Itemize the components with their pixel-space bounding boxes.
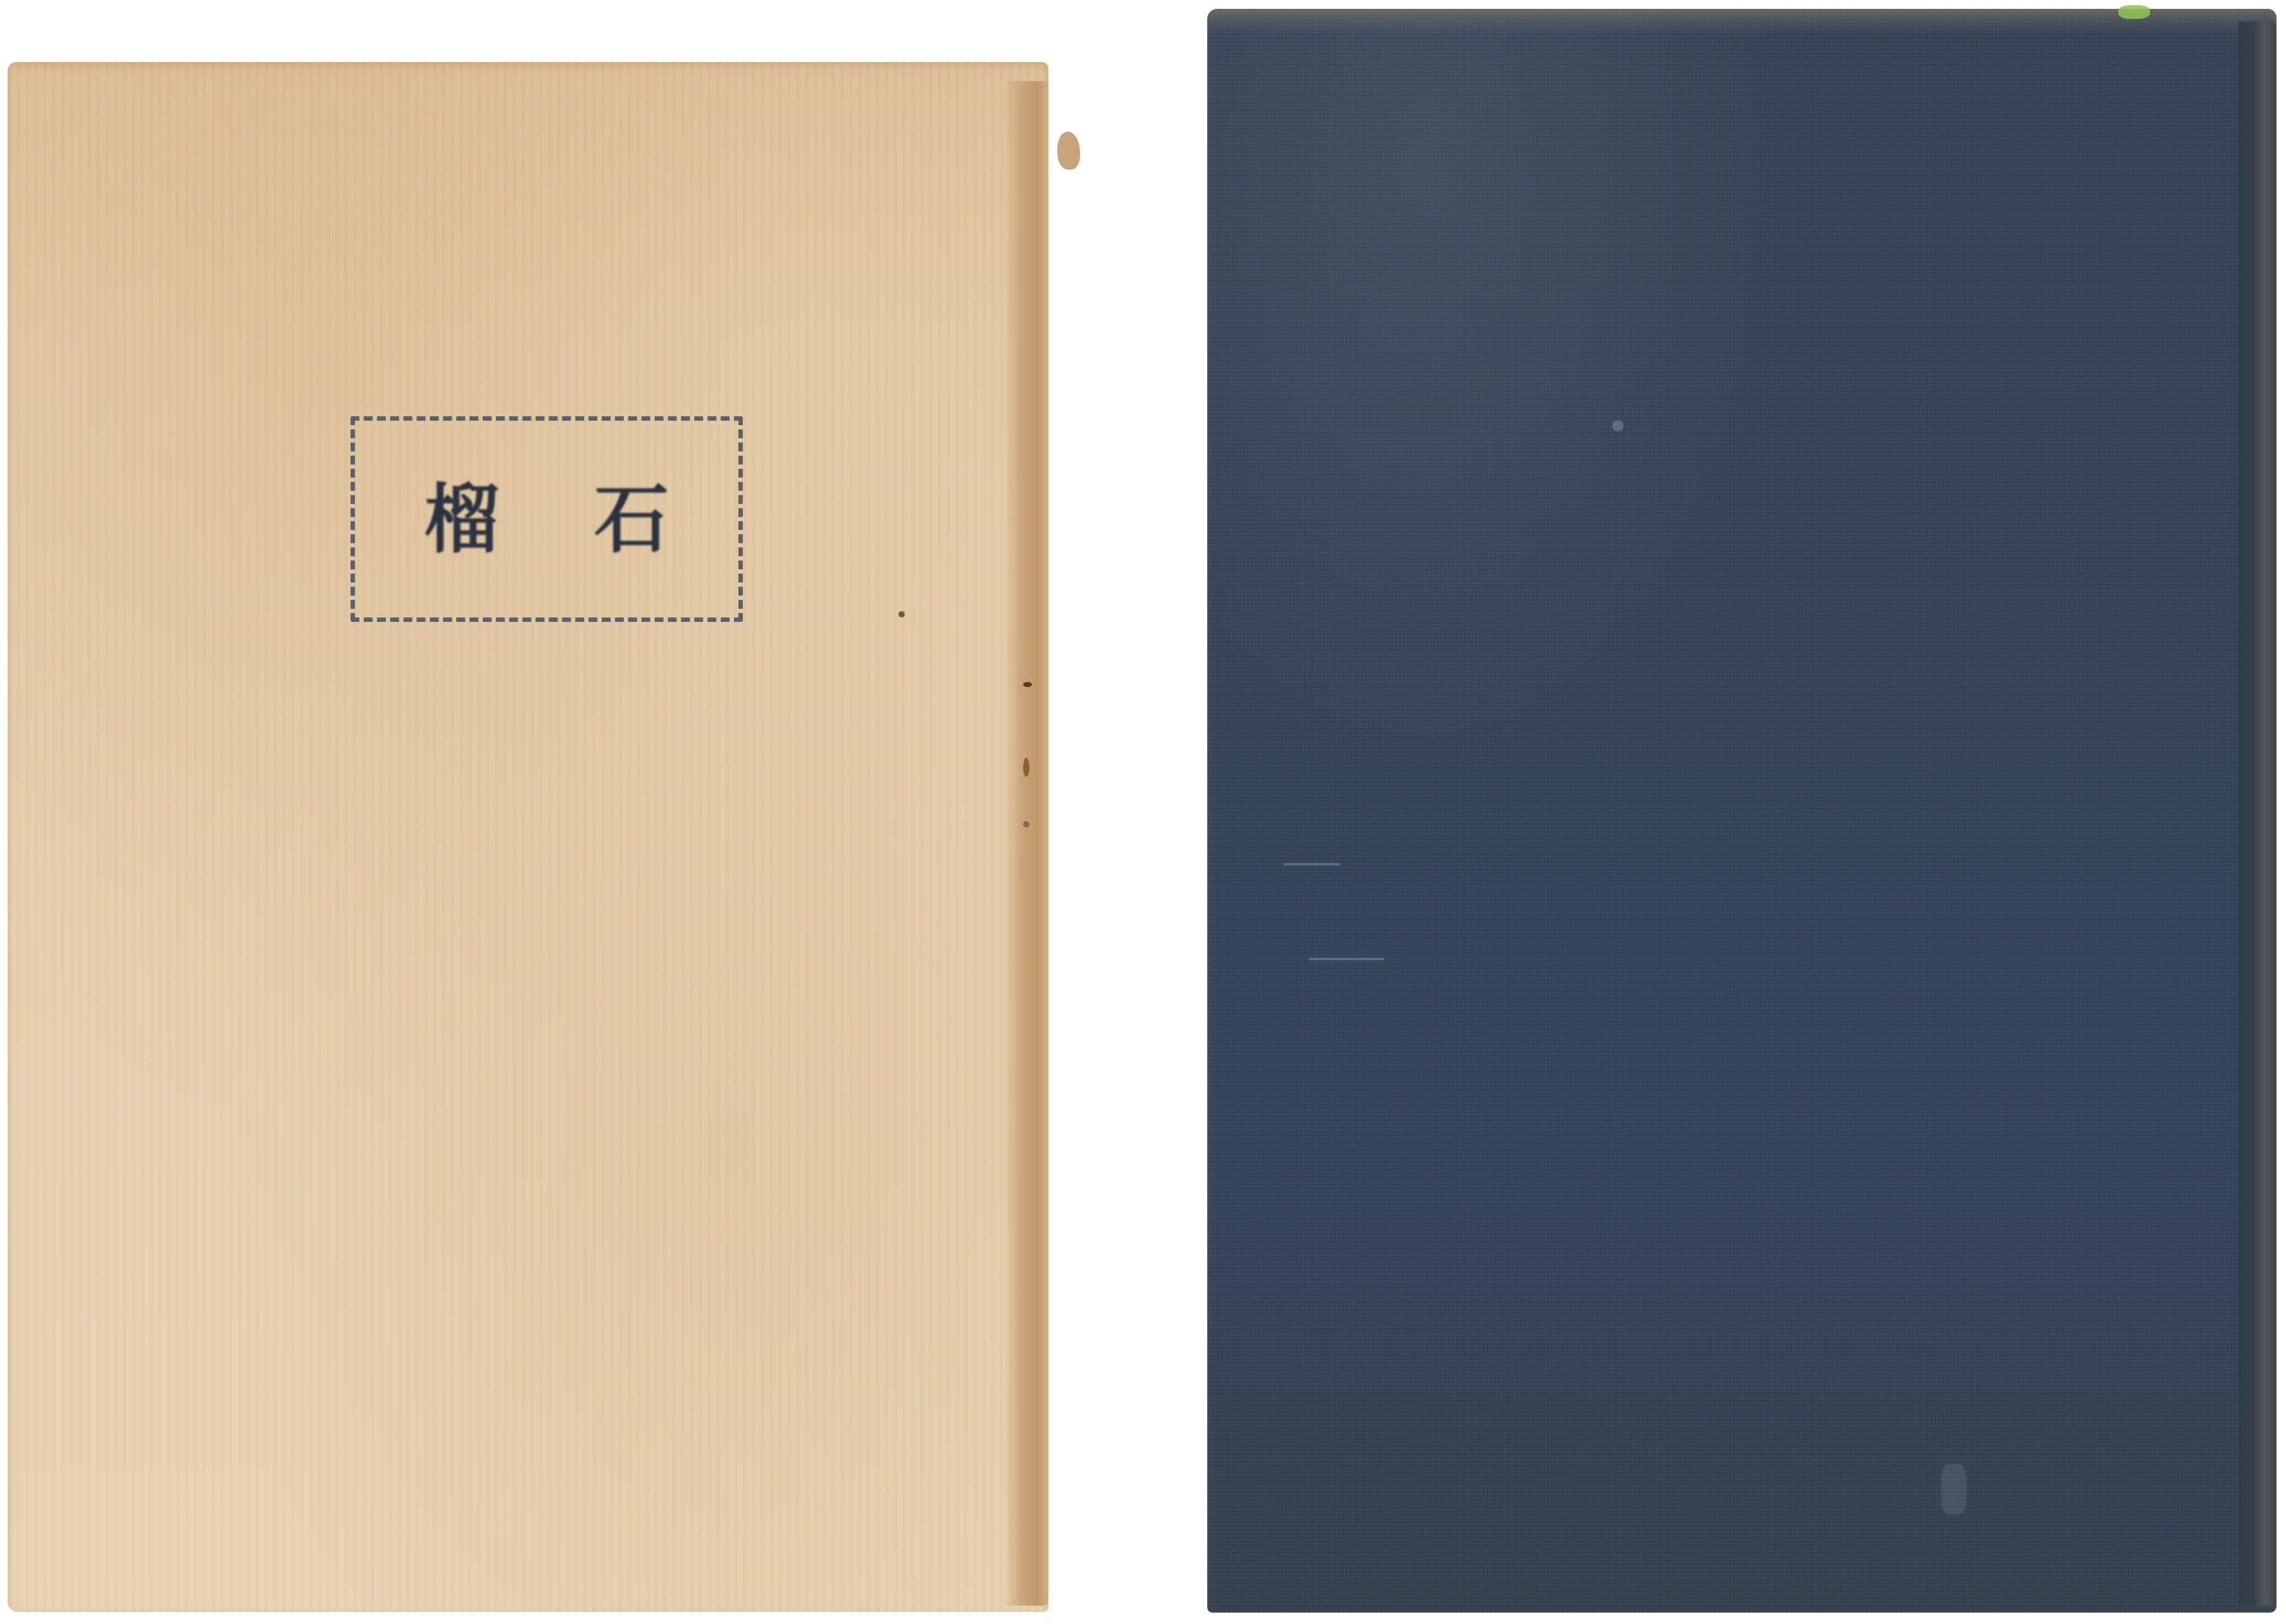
book-beige-paper-cover: 榴 石	[8, 62, 1048, 1612]
cloth-scuff	[1612, 420, 1624, 431]
title-char-right: 石	[594, 482, 669, 557]
green-fleck-mark	[2118, 5, 2150, 19]
torn-paper-tab	[1057, 132, 1080, 170]
title-label-box: 榴 石	[351, 416, 743, 622]
book-spine-edge	[2239, 22, 2277, 1606]
title-char-left: 榴	[425, 482, 499, 557]
cloth-scuff	[1283, 863, 1340, 865]
cloth-scuff	[1941, 1464, 1966, 1515]
wear-mark	[1023, 758, 1029, 777]
book-navy-cloth-cover	[1207, 9, 2277, 1613]
stain-mark	[898, 611, 905, 617]
wear-mark	[1023, 682, 1032, 687]
wear-mark	[1023, 821, 1029, 827]
photo-scene: 榴 石	[0, 0, 2286, 1624]
book-spine-edge	[1004, 81, 1048, 1606]
cloth-scuff	[1308, 958, 1384, 960]
worn-top-edge	[1207, 9, 2277, 34]
